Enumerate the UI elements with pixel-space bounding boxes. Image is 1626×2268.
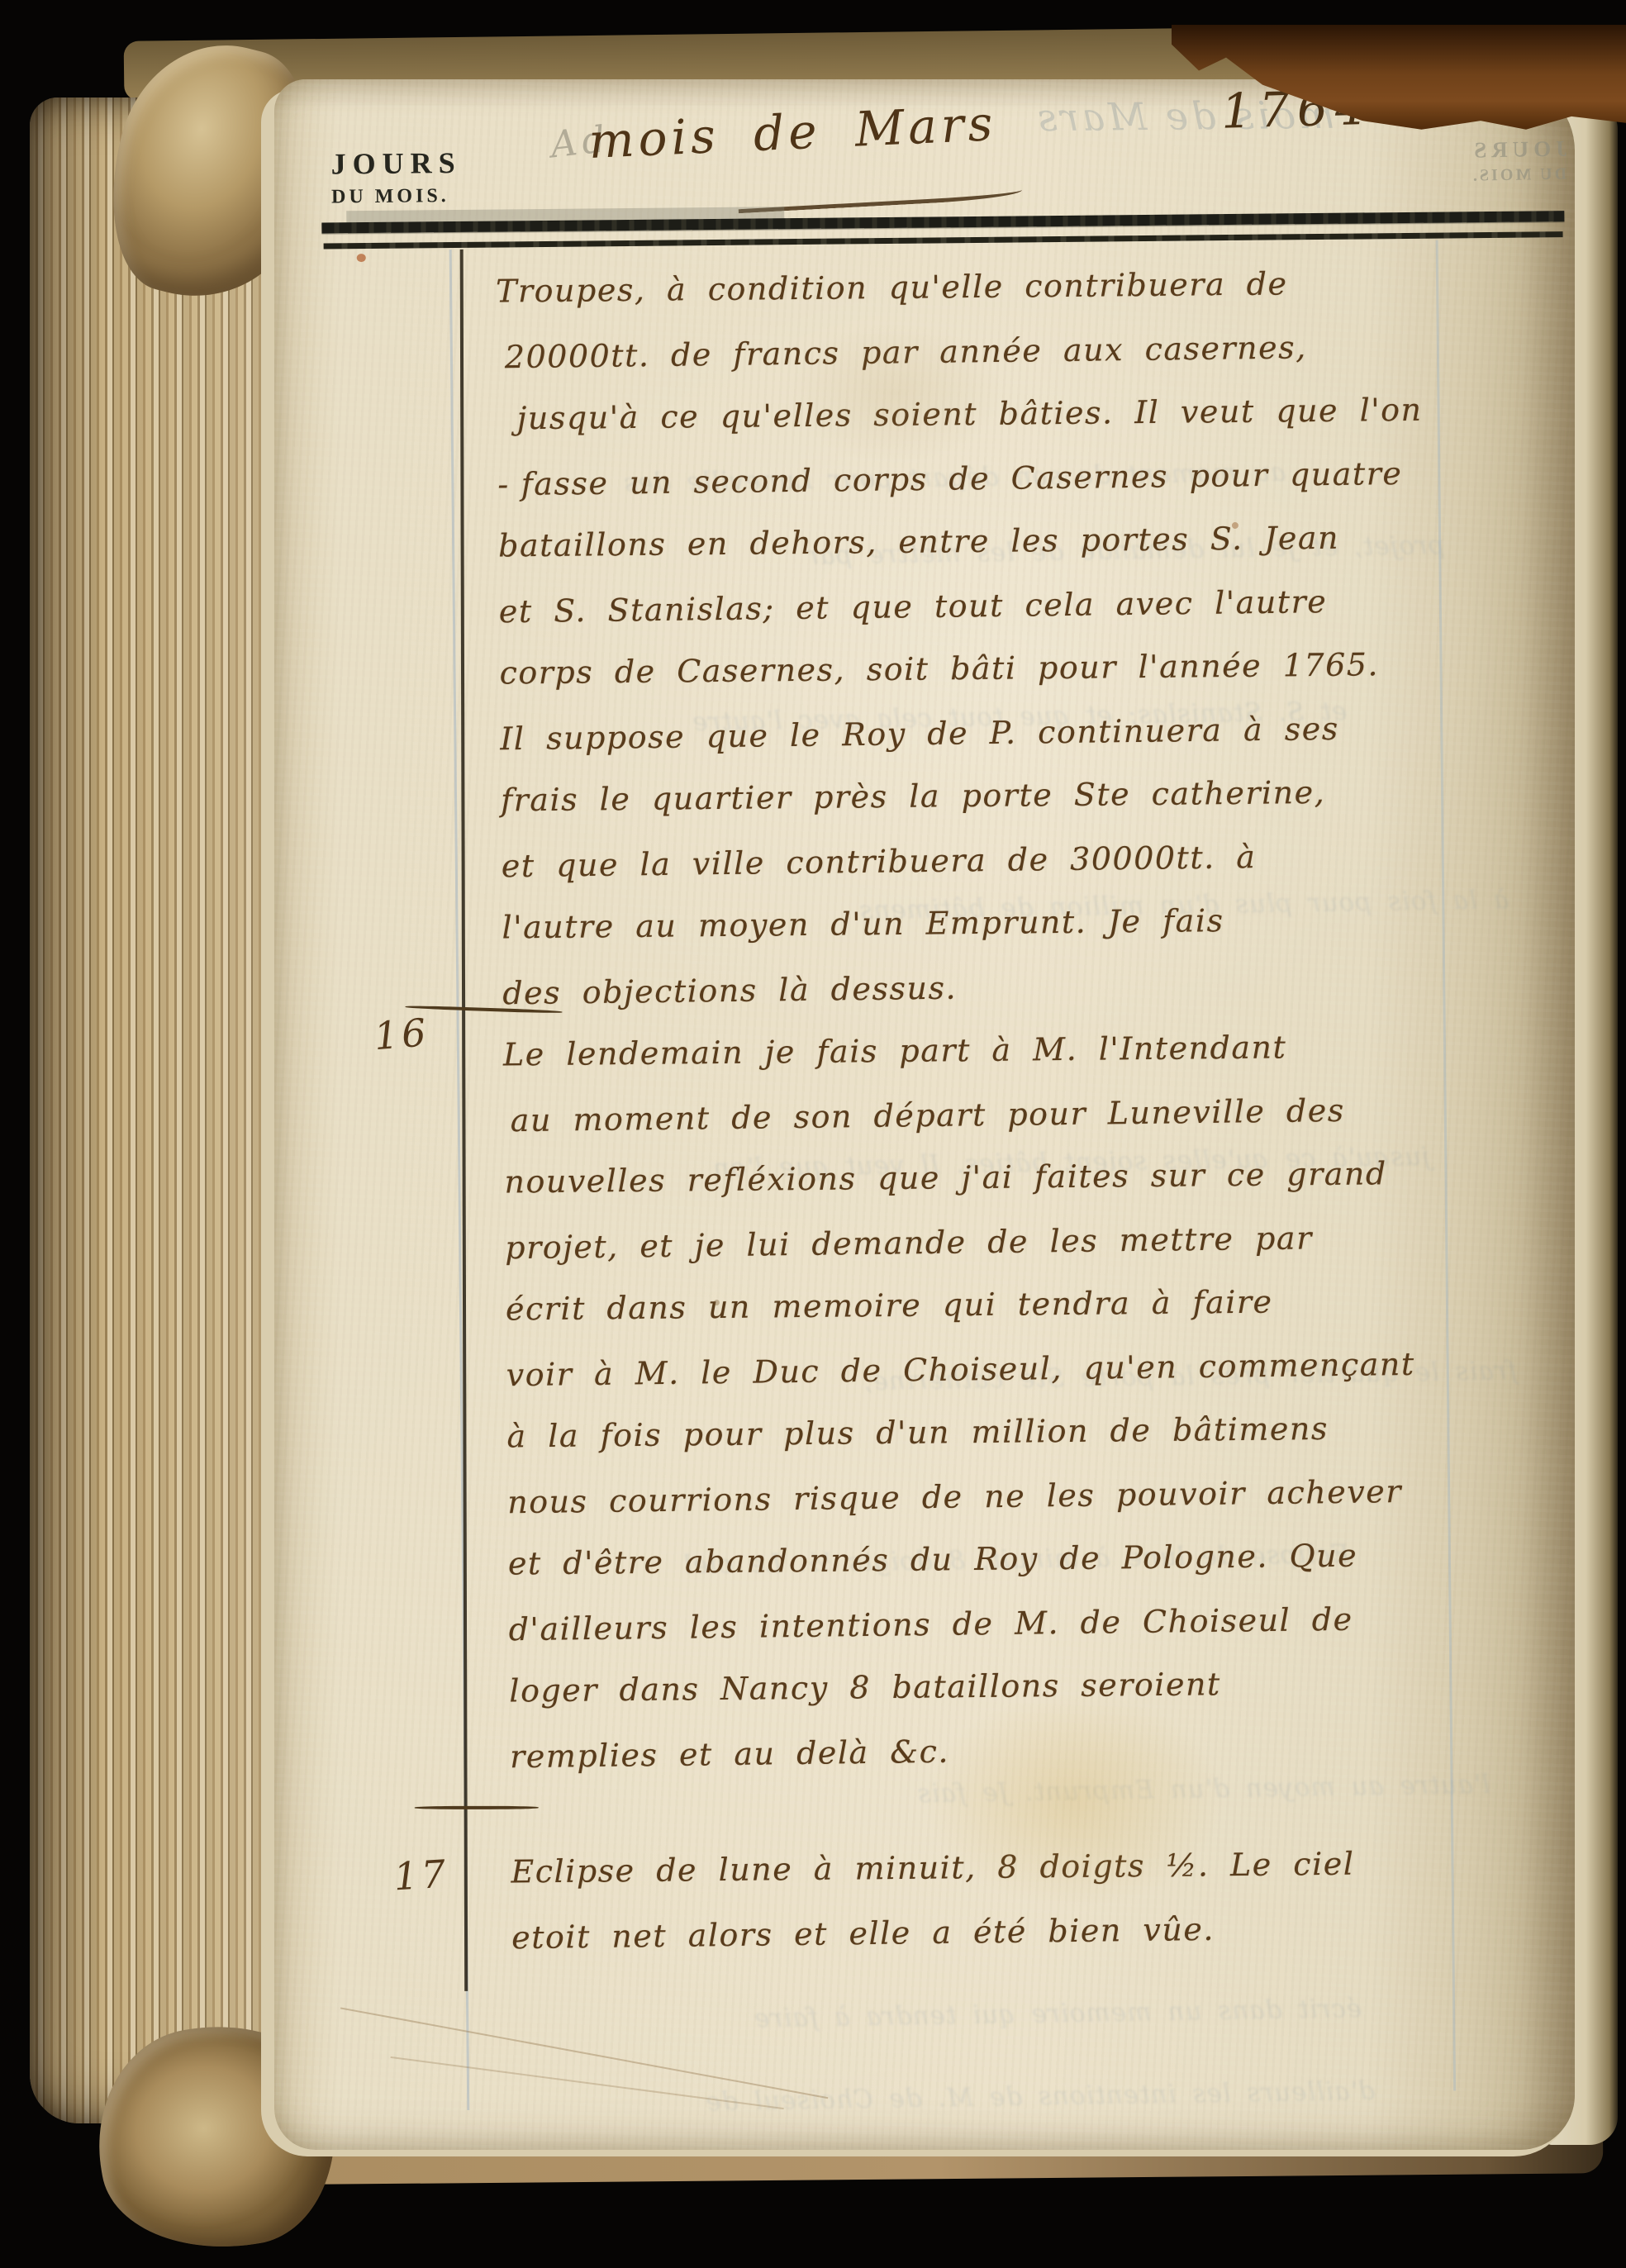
manuscript-line: Troupes, à condition qu'elle contribuera…	[496, 262, 1620, 336]
manuscript-line: Le lendemain je fais part à M. l'Intenda…	[503, 1025, 1626, 1100]
manuscript-line: à la fois pour plus d'un million de bâti…	[506, 1407, 1626, 1481]
manuscript-line: corps de Casernes, soit bâti pour l'anné…	[499, 644, 1624, 718]
showthrough-line: écrit dans un memoire qui tendra à faire	[754, 1994, 1362, 2033]
day-number-16: 16	[373, 1010, 431, 1058]
manuscript-line: au moment de son départ pour Luneville d…	[510, 1089, 1626, 1167]
ink-speck	[714, 1300, 720, 1305]
showthrough-header-line2: DU MOIS.	[1432, 164, 1605, 187]
paper-stain	[787, 322, 1004, 464]
day-number-17: 17	[392, 1851, 450, 1899]
manuscript-line: écrit dans un memoire qui tendra à faire	[506, 1280, 1626, 1354]
manuscript-line: et d'être abandonnés du Roy de Pologne. …	[508, 1534, 1626, 1609]
handwritten-month-title: mois de Mars	[587, 95, 998, 169]
manuscript-line: frais le quartier près la porte Ste cath…	[501, 771, 1625, 845]
page-content: au moment de son départ pour Luneville d…	[273, 69, 1593, 2152]
showthrough-header-line1: JOURS	[1431, 136, 1605, 164]
journal-entry-continuation: Troupes, à condition qu'elle contribuera…	[496, 262, 1626, 1036]
open-journal-photo: au moment de son départ pour Luneville d…	[0, 0, 1626, 2194]
printed-header-line1: JOURS	[330, 145, 461, 182]
ink-speck	[1232, 522, 1239, 529]
showthrough-line: d'ailleurs les intentions de M. de Chois…	[705, 2076, 1375, 2117]
manuscript-line: bataillons en dehors, entre les portes S…	[498, 516, 1623, 591]
paper-stain	[924, 1691, 1223, 1909]
header-rule-thin	[324, 231, 1563, 249]
showthrough-printed-header: JOURS DU MOIS.	[1431, 136, 1605, 187]
ink-speck	[357, 254, 366, 262]
manuscript-line: nouvelles refléxions que j'ai faites sur…	[504, 1153, 1626, 1227]
journal-entry-16: Le lendemain je fais part à M. l'Intenda…	[503, 1025, 1626, 1800]
day-column-rule	[460, 250, 468, 1991]
page-crease	[340, 2007, 828, 2099]
printed-header-line2: DU MOIS.	[331, 185, 462, 209]
manuscript-line: d'ailleurs les intentions de M. de Chois…	[508, 1598, 1626, 1676]
manuscript-line: l'autre au moyen d'un Emprunt. Je fais	[502, 898, 1626, 972]
manuscript-line: 20000tt. de francs par année aux caserne…	[505, 326, 1621, 402]
manuscript-line: jusqu'à ce qu'elles soient bâties. Il ve…	[516, 389, 1621, 464]
printed-header-jours-du-mois: JOURS DU MOIS.	[330, 145, 462, 209]
page-crease	[391, 2056, 784, 2109]
entry-separator-dash	[415, 1806, 539, 1809]
manuscript-line: etoit net alors et elle a été bien vûe.	[511, 1906, 1626, 1984]
journal-page: au moment de son départ pour Luneville d…	[274, 79, 1575, 2150]
page-stack-edges	[30, 97, 284, 2123]
